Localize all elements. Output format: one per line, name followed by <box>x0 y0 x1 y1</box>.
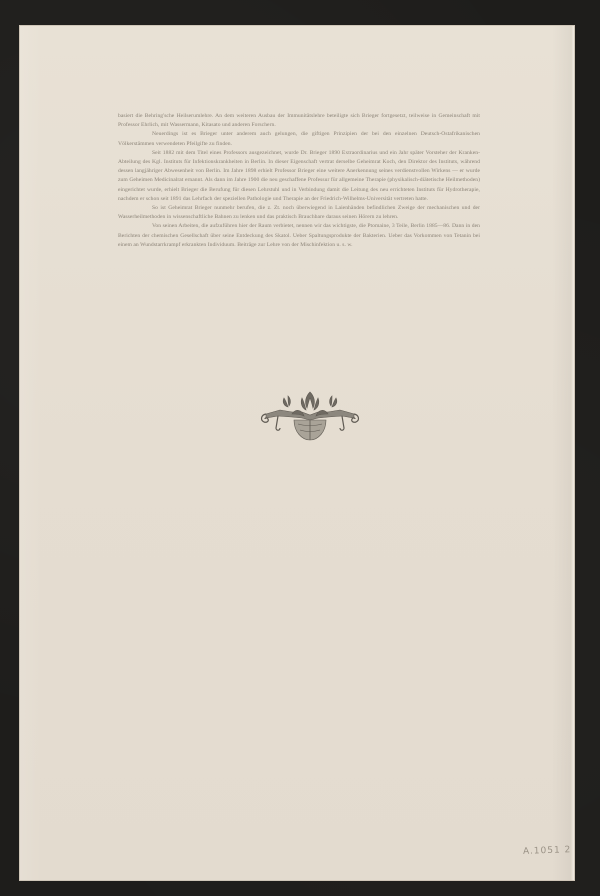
floral-ornament-icon <box>258 388 362 442</box>
inventory-number: A.1051 2 <box>523 845 572 857</box>
page-edge <box>571 26 574 880</box>
paragraph-1: basiert die Behring'sche Heilserumlehre.… <box>118 112 480 130</box>
paragraph-3: Seit 1882 mit dem Titel eines Professors… <box>118 149 480 204</box>
body-text: basiert die Behring'sche Heilserumlehre.… <box>118 112 480 250</box>
paragraph-2: Neuerdings ist es Brieger unter anderem … <box>118 130 480 148</box>
paragraph-5: Von seinen Arbeiten, die aufzuführen hie… <box>118 222 480 250</box>
document-page: basiert die Behring'sche Heilserumlehre.… <box>20 26 574 880</box>
paragraph-4: So ist Geheimrat Brieger nunmehr berufen… <box>118 204 480 222</box>
